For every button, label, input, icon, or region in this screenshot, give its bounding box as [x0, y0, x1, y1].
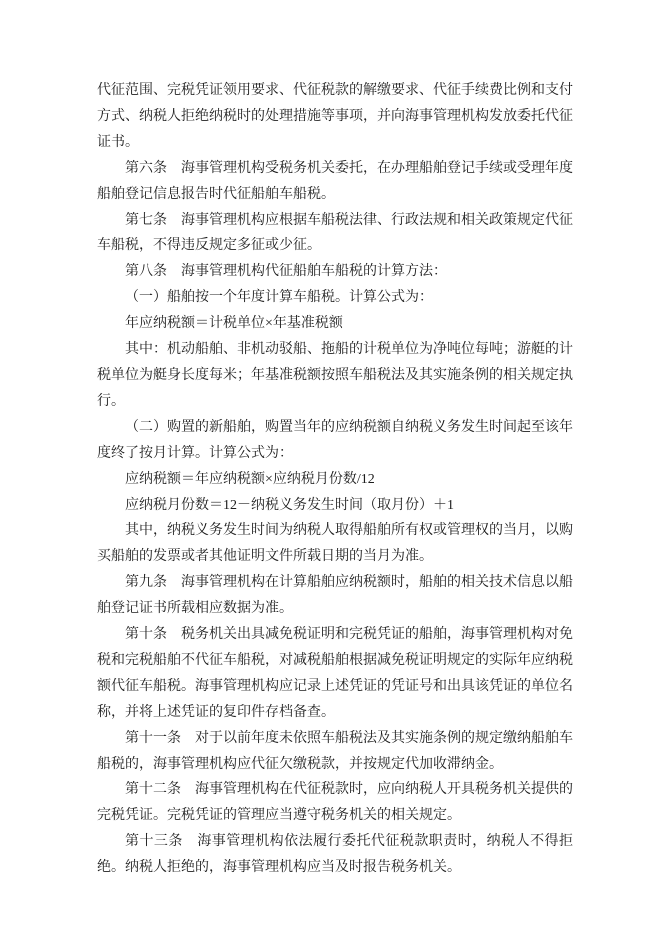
article-9-paragraph: 第九条 海事管理机构在计算船舶应纳税额时，船舶的相关技术信息以船舶登记证书所载相… — [97, 570, 573, 622]
document-page: 代征范围、完税凭证领用要求、代征税款的解缴要求、代征手续费比例和支付方式、纳税人… — [97, 78, 573, 881]
article-12-paragraph: 第十二条 海事管理机构在代征税款时，应向纳税人开具税务机关提供的完税凭证。完税凭… — [97, 777, 573, 829]
article-7-paragraph: 第七条 海事管理机构应根据车船税法律、行政法规和相关政策规定代征车船税，不得违反… — [97, 208, 573, 260]
note-obligation-time: 其中，纳税义务发生时间为纳税人取得船舶所有权或管理权的当月，以购买船舶的发票或者… — [97, 518, 573, 570]
article-8-paragraph: 第八条 海事管理机构代征船舶车船税的计算方法： — [97, 259, 573, 285]
formula-annual-tax: 年应纳税额＝计税单位×年基准税额 — [97, 311, 573, 337]
article-11-paragraph: 第十一条 对于以前年度未依照车船税法及其实施条例的规定缴纳船舶车船税的，海事管理… — [97, 726, 573, 778]
note-tax-unit: 其中：机动船舶、非机动驳船、拖船的计税单位为净吨位每吨；游艇的计税单位为艇身长度… — [97, 337, 573, 415]
formula-payable-months: 应纳税月份数＝12－纳税义务发生时间（取月份）＋1 — [97, 493, 573, 519]
article-10-paragraph: 第十条 税务机关出具减免税证明和完税凭证的船舶，海事管理机构对免税和完税船舶不代… — [97, 622, 573, 726]
formula-payable-tax: 应纳税额＝年应纳税额×应纳税月份数/12 — [97, 467, 573, 493]
article-13-paragraph: 第十三条 海事管理机构依法履行委托代征税款职责时，纳税人不得拒绝。纳税人拒绝的，… — [97, 829, 573, 881]
article-6-paragraph: 第六条 海事管理机构受税务机关委托，在办理船舶登记手续或受理年度船舶登记信息报告… — [97, 156, 573, 208]
article-8-item-2: （二）购置的新船舶，购置当年的应纳税额自纳税义务发生时间起至该年度终了按月计算。… — [97, 415, 573, 467]
article-8-item-1: （一）船舶按一个年度计算车船税。计算公式为： — [97, 285, 573, 311]
continuation-paragraph: 代征范围、完税凭证领用要求、代征税款的解缴要求、代征手续费比例和支付方式、纳税人… — [97, 78, 573, 156]
